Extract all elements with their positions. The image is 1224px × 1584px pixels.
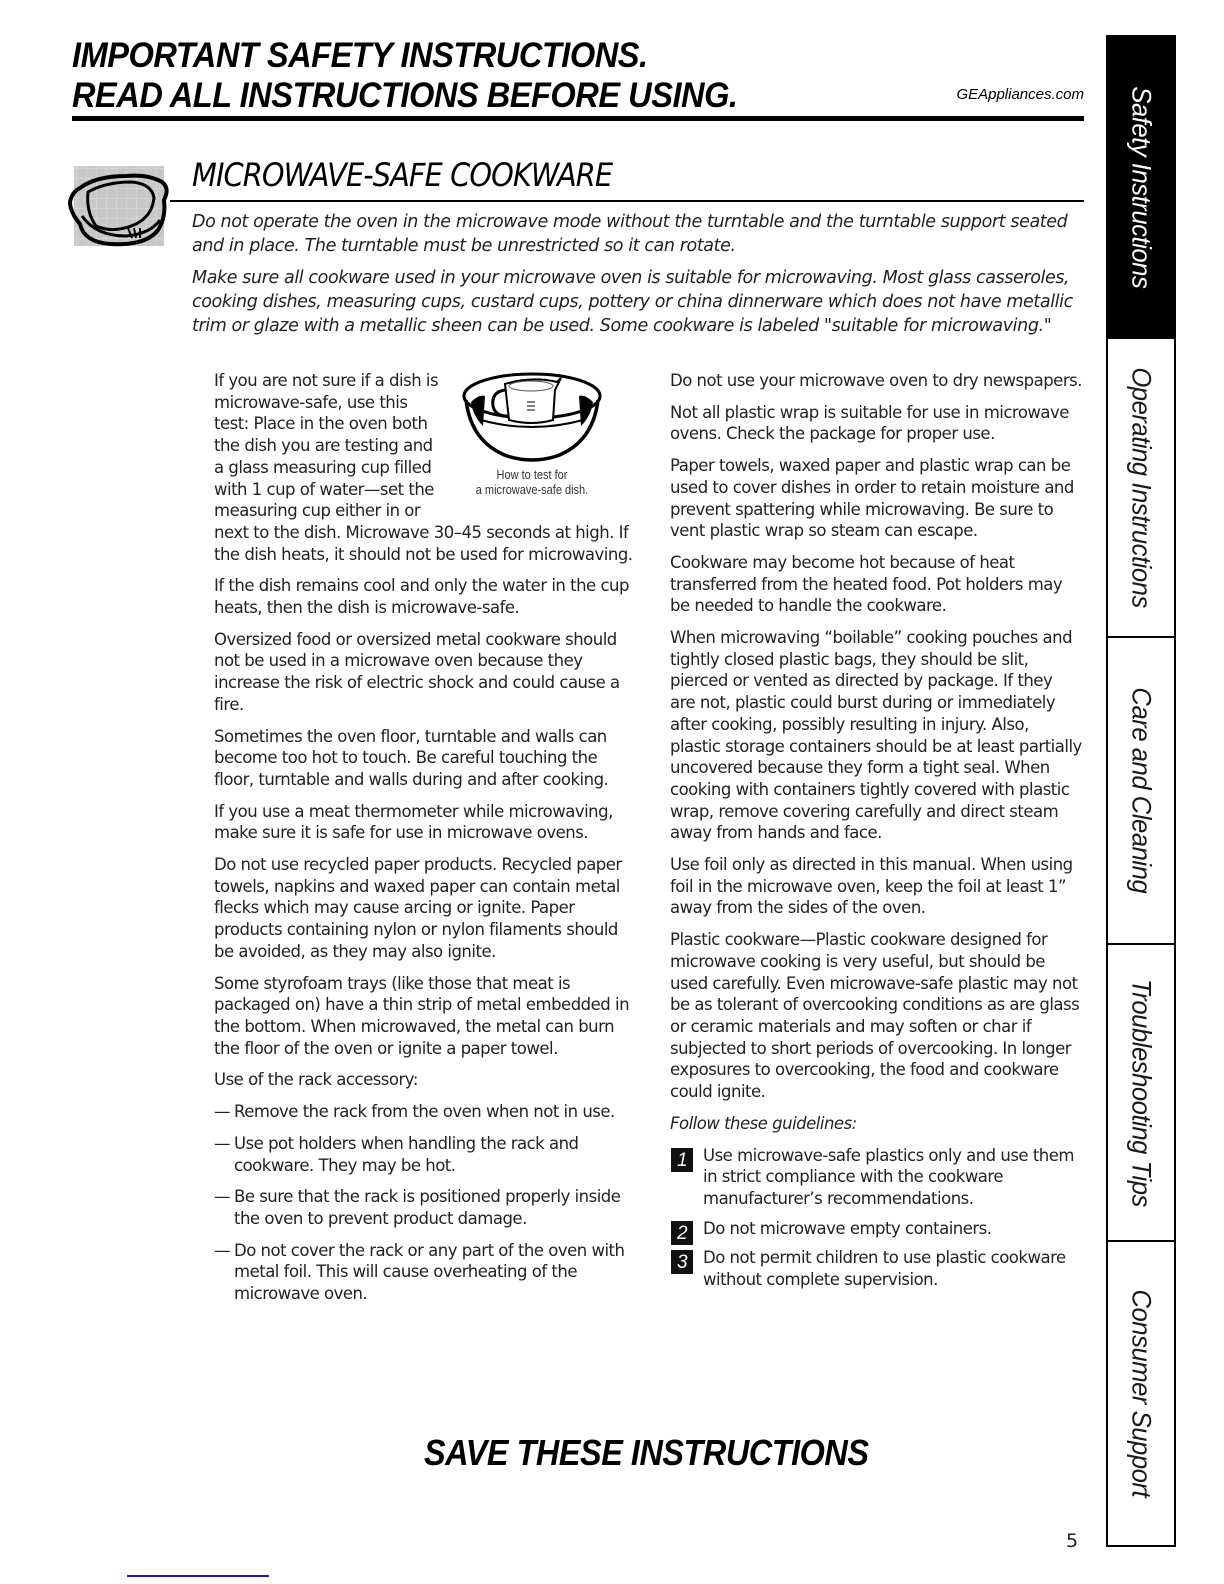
tab-label: Operating Instructions: [1126, 367, 1157, 607]
body-paragraph: Do not use your microwave oven to dry ne…: [670, 370, 1082, 392]
section-tabs: Safety Instructions Operating Instructio…: [1106, 35, 1176, 1547]
body-paragraph: When microwaving “boilable” cooking pouc…: [670, 627, 1082, 844]
tab-care-and-cleaning[interactable]: Care and Cleaning: [1108, 638, 1174, 945]
body-paragraph: Plastic cookware—Plastic cookware design…: [670, 929, 1082, 1103]
body-paragraph: Not all plastic wrap is suitable for use…: [670, 402, 1082, 445]
body-paragraph: If the dish remains cool and only the wa…: [214, 575, 634, 618]
body-paragraph: Sometimes the oven floor, turntable and …: [214, 726, 634, 791]
section-rule: [170, 200, 1084, 202]
casserole-dish-icon: [66, 158, 174, 252]
dash-bullet: —: [214, 1240, 230, 1262]
tab-label: Consumer Support: [1126, 1290, 1157, 1498]
website-link[interactable]: GEAppliances.com: [956, 86, 1084, 103]
body-paragraph: Do not use recycled paper products. Recy…: [214, 854, 634, 963]
header-title-line2: READ ALL INSTRUCTIONS BEFORE USING.: [72, 76, 1013, 116]
section-intro: Do not operate the oven in the microwave…: [192, 210, 1082, 346]
rack-item-text: Do not cover the rack or any part of the…: [234, 1241, 625, 1303]
body-paragraph: If you use a meat thermometer while micr…: [214, 801, 634, 844]
tab-safety-instructions[interactable]: Safety Instructions: [1108, 37, 1174, 339]
rack-item-text: Be sure that the rack is positioned prop…: [234, 1187, 620, 1228]
number-badge: 3: [671, 1250, 693, 1274]
right-column: Do not use your microwave oven to dry ne…: [670, 370, 1082, 1299]
page-header: IMPORTANT SAFETY INSTRUCTIONS. READ ALL …: [72, 36, 1084, 116]
rack-list-item: — Remove the rack from the oven when not…: [214, 1101, 634, 1123]
dash-bullet: —: [214, 1133, 230, 1155]
tab-consumer-support[interactable]: Consumer Support: [1108, 1242, 1174, 1545]
header-title-line1: IMPORTANT SAFETY INSTRUCTIONS.: [72, 36, 1013, 76]
body-paragraph: Oversized food or oversized metal cookwa…: [214, 629, 634, 716]
dash-bullet: —: [214, 1186, 230, 1208]
figure-caption-line2: a microwave-safe dish.: [462, 483, 603, 498]
number-badge: 2: [671, 1221, 693, 1245]
bottom-link-underline: [127, 1575, 269, 1577]
tab-label: Safety Instructions: [1126, 86, 1157, 288]
guideline-text: Do not permit children to use plastic co…: [703, 1248, 1066, 1289]
measuring-cup-in-bowl-icon: [457, 368, 607, 468]
figure: How to test for a microwave-safe dish.: [452, 368, 612, 498]
rack-list-item: — Use pot holders when handling the rack…: [214, 1133, 634, 1176]
body-paragraph: Use foil only as directed in this manual…: [670, 854, 1082, 919]
guideline-text: Use microwave-safe plastics only and use…: [703, 1146, 1074, 1208]
guideline-item: 3 Do not permit children to use plastic …: [670, 1247, 1082, 1290]
guideline-item: 1 Use microwave-safe plastics only and u…: [670, 1145, 1082, 1210]
dash-bullet: —: [214, 1101, 230, 1123]
rack-intro: Use of the rack accessory:: [214, 1069, 634, 1091]
save-instructions-banner: SAVE THESE INSTRUCTIONS: [424, 1432, 869, 1474]
tab-label: Care and Cleaning: [1126, 688, 1157, 894]
rack-list-item: — Do not cover the rack or any part of t…: [214, 1240, 634, 1305]
header-rule: [72, 116, 1084, 121]
guideline-text: Do not microwave empty containers.: [703, 1219, 992, 1238]
body-paragraph: Some styrofoam trays (like those that me…: [214, 973, 634, 1060]
page-number: 5: [1066, 1530, 1078, 1552]
intro-paragraph: Make sure all cookware used in your micr…: [192, 266, 1082, 338]
section-title: MICROWAVE-SAFE COOKWARE: [192, 156, 612, 194]
body-paragraph: Paper towels, waxed paper and plastic wr…: [670, 455, 1082, 542]
tab-label: Troubleshooting Tips: [1126, 979, 1157, 1207]
rack-item-text: Use pot holders when handling the rack a…: [234, 1134, 579, 1175]
tab-troubleshooting-tips[interactable]: Troubleshooting Tips: [1108, 945, 1174, 1242]
rack-item-text: Remove the rack from the oven when not i…: [234, 1102, 615, 1121]
guidelines-label: Follow these guidelines:: [670, 1113, 1082, 1135]
intro-paragraph: Do not operate the oven in the microwave…: [192, 210, 1082, 258]
number-badge: 1: [671, 1148, 693, 1172]
body-paragraph: Cookware may become hot because of heat …: [670, 552, 1082, 617]
tab-operating-instructions[interactable]: Operating Instructions: [1108, 339, 1174, 638]
rack-list-item: — Be sure that the rack is positioned pr…: [214, 1186, 634, 1229]
guideline-item: 2 Do not microwave empty containers.: [670, 1218, 1082, 1240]
figure-caption-line1: How to test for: [462, 468, 603, 483]
left-column: How to test for a microwave-safe dish. I…: [214, 370, 634, 1315]
